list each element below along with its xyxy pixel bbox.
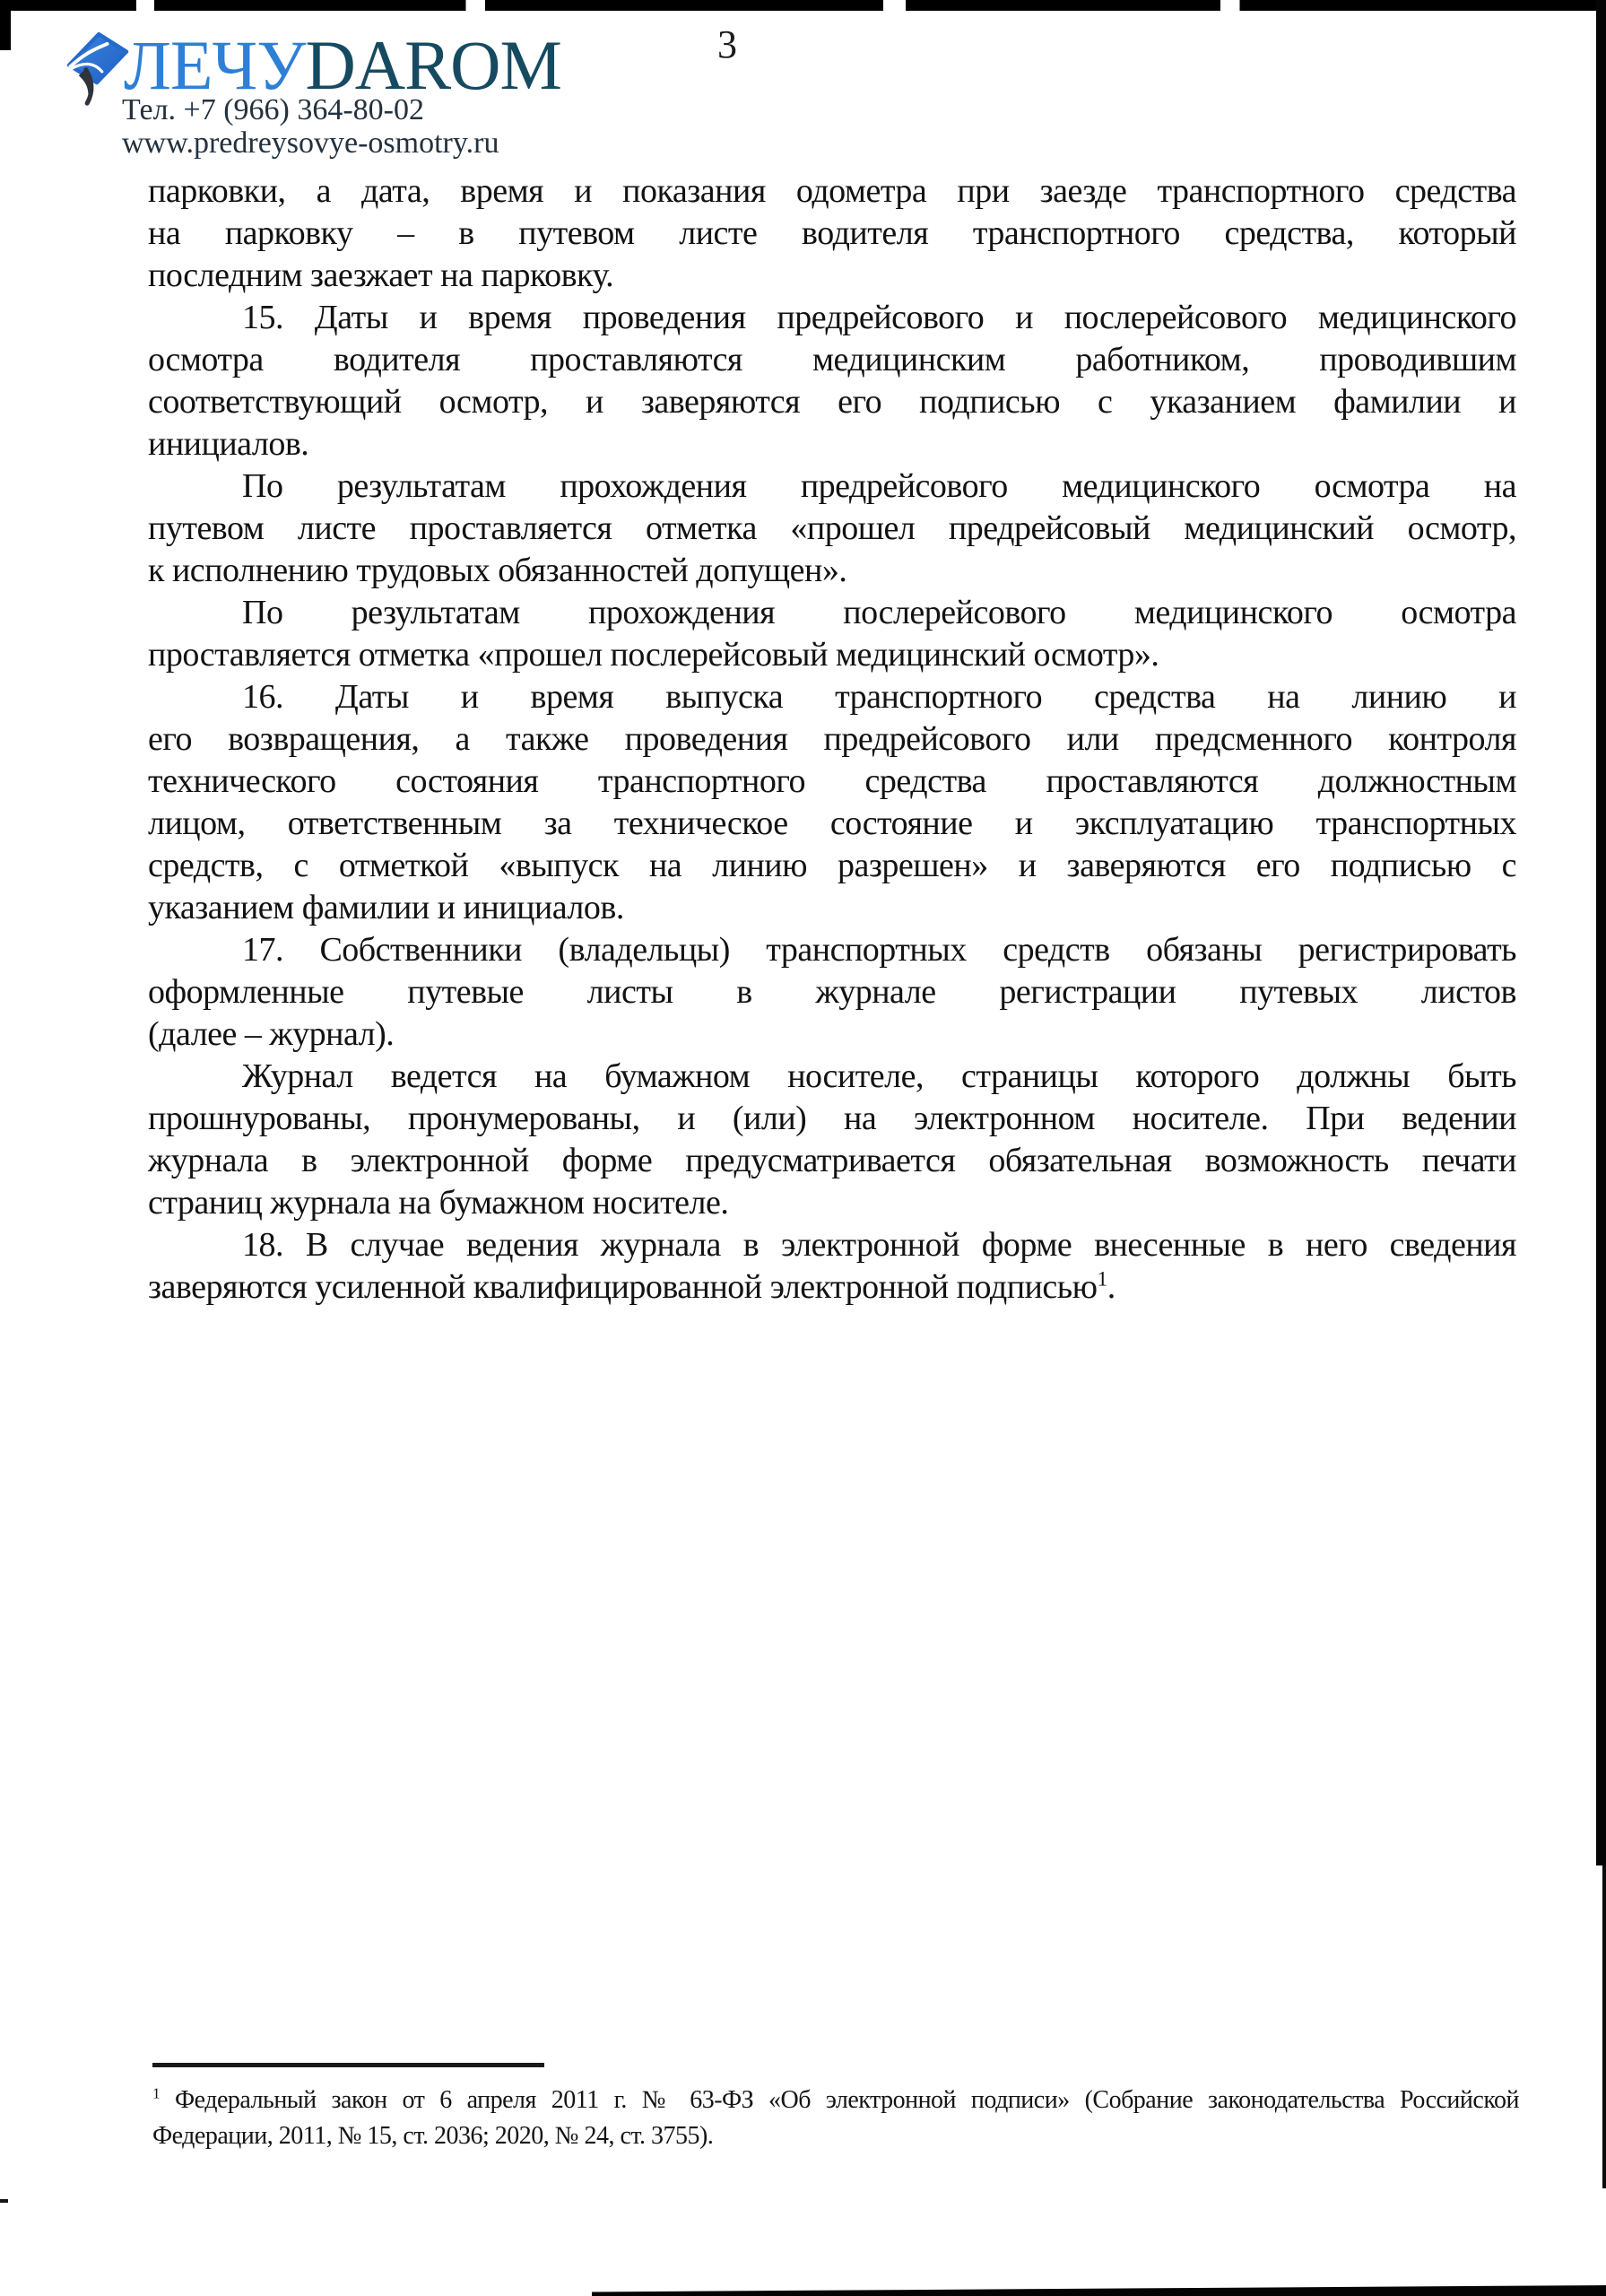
scan-artifact-top-left-corner <box>0 0 11 50</box>
scan-artifact-left-mark <box>0 2199 8 2203</box>
text-line: страниц журнала на бумажном носителе. <box>148 1182 1516 1224</box>
logo-wordmark-part1: ЛЕЧУ <box>124 26 305 104</box>
footnote-separator-rule <box>152 2063 544 2067</box>
text-line: путевом листе проставляется отметка «про… <box>148 508 1516 550</box>
text-line: 16. Даты и время выпуска транспортного с… <box>148 676 1516 718</box>
text-line: проставляется отметка «прошел послерейсо… <box>148 634 1516 676</box>
footnote-reference-mark: 1 <box>152 2085 160 2102</box>
text-line: Федерации, 2011, № 15, ст. 2036; 2020, №… <box>152 2118 1519 2154</box>
scan-artifact-bottom-bar <box>592 2285 1606 2296</box>
document-body-text: парковки, а дата, время и показания одом… <box>148 170 1516 1309</box>
scan-artifact-right-line <box>1602 1865 1606 2188</box>
text-line: на парковку – в путевом листе водителя т… <box>148 213 1516 255</box>
text-line: указанием фамилии и инициалов. <box>148 887 1516 929</box>
text-line: технического состояния транспортного сре… <box>148 761 1516 803</box>
text-line: (далее – журнал). <box>148 1013 1516 1056</box>
text-line: прошнурованы, пронумерованы, и (или) на … <box>148 1098 1516 1140</box>
text-line: лицом, ответственным за техническое сост… <box>148 803 1516 845</box>
company-logo-wordmark: ЛЕЧУDAROM <box>124 30 561 100</box>
scan-artifact-top-bar <box>0 0 1606 11</box>
text-line: осмотра водителя проставляются медицинск… <box>148 339 1516 381</box>
company-phone: Тел. +7 (966) 364-80-02 <box>122 93 424 127</box>
text-line: 17. Собственники (владельцы) транспортны… <box>148 929 1516 971</box>
text-line: 15. Даты и время проведения предрейсовог… <box>148 297 1516 339</box>
logo-wordmark-part2: DAROM <box>305 26 560 104</box>
text-line: заверяются усиленной квалифицированной э… <box>148 1266 1516 1309</box>
page-number: 3 <box>717 22 737 67</box>
scanned-document-page: ЛЕЧУDAROM Тел. +7 (966) 364-80-02 www.pr… <box>0 0 1606 2296</box>
text-line: инициалов. <box>148 423 1516 465</box>
text-line: соответствующий осмотр, и заверяются его… <box>148 381 1516 423</box>
text-line: к исполнению трудовых обязанностей допущ… <box>148 550 1516 592</box>
scan-artifact-right-band <box>1596 0 1606 1865</box>
text-line: журнала в электронной форме предусматрив… <box>148 1140 1516 1182</box>
text-line: парковки, а дата, время и показания одом… <box>148 170 1516 213</box>
winged-diamond-logo-icon <box>65 30 129 108</box>
footnote-reference-mark: 1 <box>1097 1267 1107 1291</box>
text-line: его возвращения, а также проведения пред… <box>148 718 1516 761</box>
text-line: оформленные путевые листы в журнале реги… <box>148 971 1516 1013</box>
company-website: www.predreysovye-osmotry.ru <box>122 126 499 161</box>
text-line: По результатам прохождения послерейсовог… <box>148 592 1516 634</box>
footnote-text: 1 Федеральный закон от 6 апреля 2011 г. … <box>152 2083 1519 2154</box>
text-line: 18. В случае ведения журнала в электронн… <box>148 1224 1516 1266</box>
text-line: Журнал ведется на бумажном носителе, стр… <box>148 1056 1516 1098</box>
text-line: По результатам прохождения предрейсового… <box>148 465 1516 508</box>
text-line: средств, с отметкой «выпуск на линию раз… <box>148 845 1516 887</box>
text-line: 1 Федеральный закон от 6 апреля 2011 г. … <box>152 2083 1519 2118</box>
text-line: последним заезжает на парковку. <box>148 255 1516 297</box>
